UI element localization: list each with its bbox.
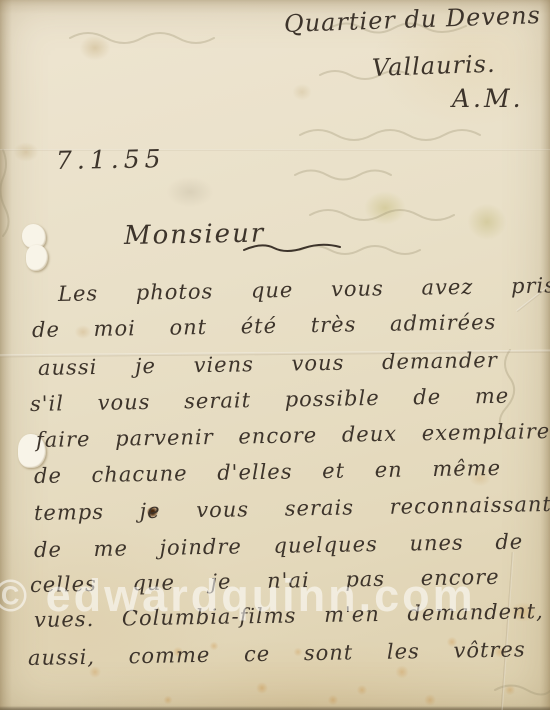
address-line-city: Vallauris.: [372, 50, 497, 82]
address-line-department: A.M.: [452, 84, 524, 113]
letter-date: 7.1.55: [56, 144, 166, 175]
salutation-flourish: [242, 243, 342, 253]
letter-photo: Quartier du Devens Vallauris. A.M. 7.1.5…: [0, 0, 550, 710]
